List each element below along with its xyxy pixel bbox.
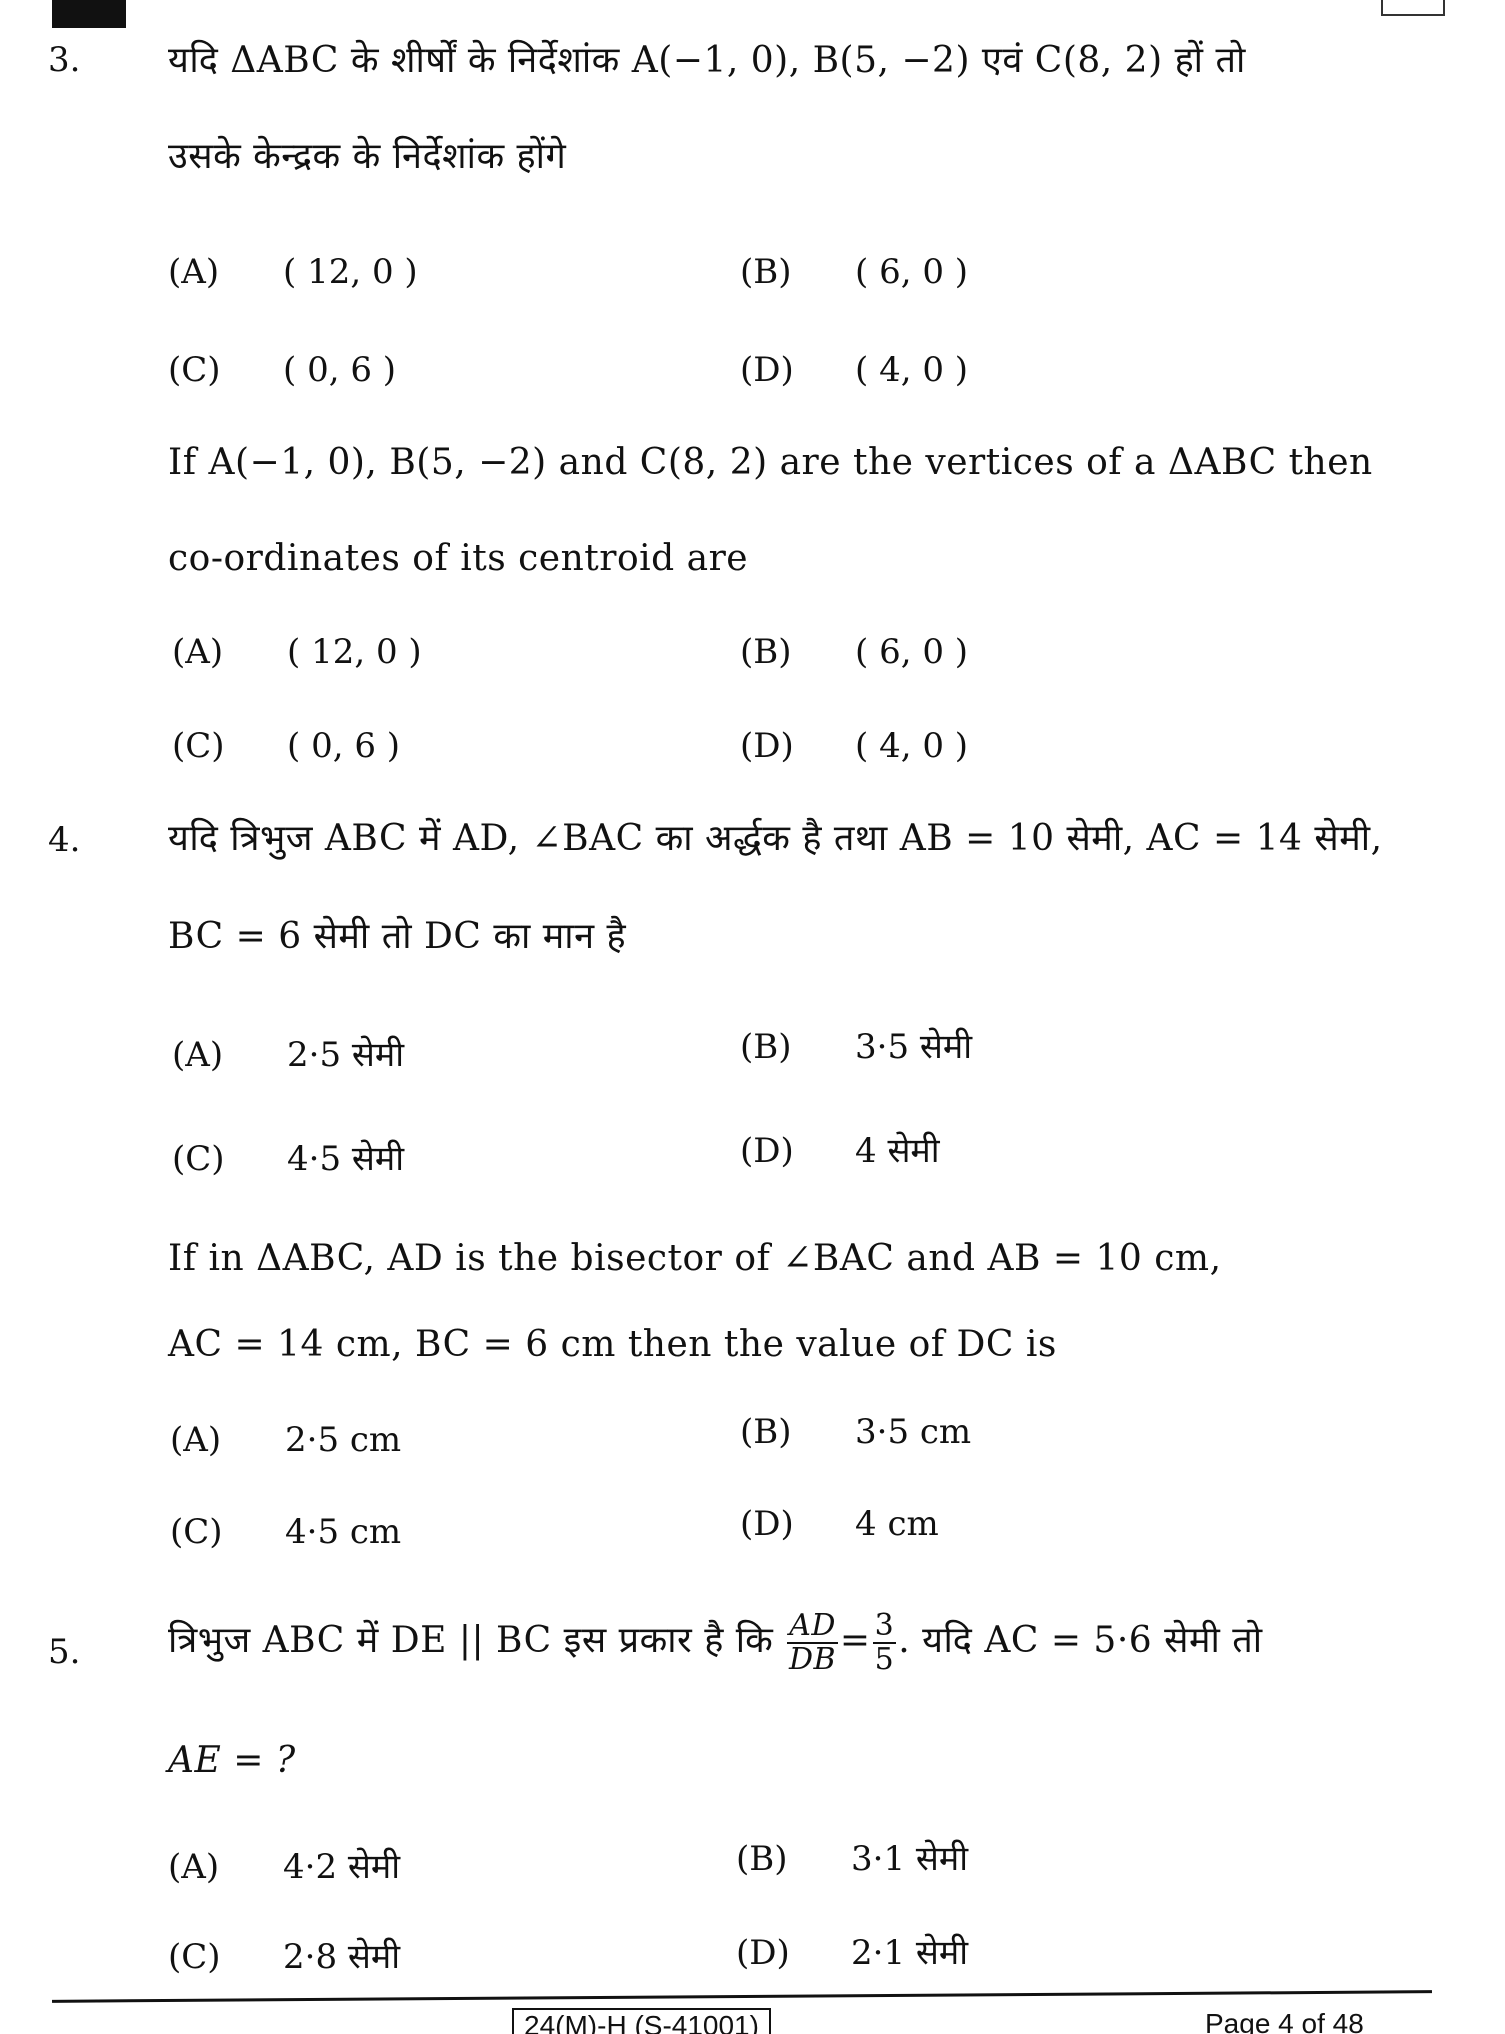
question-text-english-line1: If in ΔABC, AD is the bisector of ∠BAC a… [168, 1238, 1222, 1279]
option-c: (C)( 0, 6 ) [172, 726, 400, 766]
option-c: (C)4·5 cm [170, 1512, 401, 1552]
option-c: (C)( 0, 6 ) [168, 350, 396, 390]
question-text-english-line2: co-ordinates of its centroid are [168, 538, 748, 579]
paper-code: 24(M)-H (S-41001) [512, 2008, 771, 2034]
option-b: (B)3·1 सेमी [736, 1834, 968, 1880]
footer-divider [52, 1990, 1432, 2003]
option-a: (A)2·5 सेमी [172, 1030, 404, 1076]
question-text-hindi-line2: AE = ? [168, 1740, 296, 1781]
option-b: (B)( 6, 0 ) [740, 632, 968, 672]
option-d: (D)( 4, 0 ) [740, 350, 968, 390]
question-text-hindi-line1: यदि ΔABC के शीर्षों के निर्देशांक A(−1, … [168, 34, 1246, 83]
question-text-english-line2: AC = 14 cm, BC = 6 cm then the value of … [168, 1324, 1057, 1365]
fraction-ad-db: ADDB [787, 1610, 838, 1676]
question-text-hindi-line1: यदि त्रिभुज ABC में AD, ∠BAC का अर्द्धक … [168, 812, 1383, 861]
page-number: Page 4 of 48 [1205, 2008, 1364, 2034]
page-corner-marker [52, 0, 126, 28]
option-d: (D)2·1 सेमी [736, 1928, 968, 1974]
question-number: 5. [48, 1632, 80, 1672]
option-a: (A)( 12, 0 ) [172, 632, 422, 672]
option-d: (D)( 4, 0 ) [740, 726, 968, 766]
option-a: (A)2·5 cm [170, 1420, 401, 1460]
question-number: 4. [48, 820, 80, 860]
question-number: 3. [48, 40, 80, 80]
question-text-hindi-line2: उसके केन्द्रक के निर्देशांक होंगे [168, 130, 566, 179]
option-b: (B)3·5 सेमी [740, 1022, 972, 1068]
option-b: (B)3·5 cm [740, 1412, 971, 1452]
question-text-english-line1: If A(−1, 0), B(5, −2) and C(8, 2) are th… [168, 442, 1373, 483]
option-a: (A)4·2 सेमी [168, 1842, 400, 1888]
option-d: (D)4 सेमी [740, 1126, 940, 1172]
option-c: (C)2·8 सेमी [168, 1932, 400, 1978]
question-text-hindi-line1: त्रिभुज ABC में DE || BC इस प्रकार है कि… [168, 1610, 1263, 1676]
option-b: (B)( 6, 0 ) [740, 252, 968, 292]
question-text-hindi-line2: BC = 6 सेमी तो DC का मान है [168, 910, 626, 959]
page-corner-bracket [1381, 0, 1445, 16]
option-c: (C)4·5 सेमी [172, 1134, 404, 1180]
option-a: (A)( 12, 0 ) [168, 252, 418, 292]
fraction-3-5: 35 [873, 1610, 897, 1676]
option-d: (D)4 cm [740, 1504, 939, 1544]
